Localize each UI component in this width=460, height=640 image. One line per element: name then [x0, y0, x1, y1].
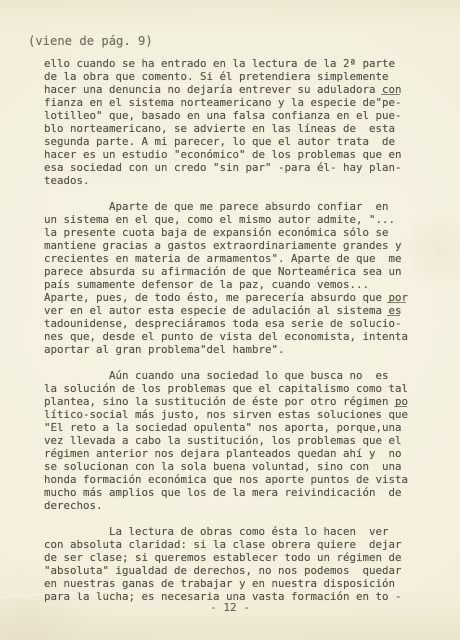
- text-line: ver en el autor esta especie de adulació…: [44, 304, 424, 317]
- continuation-note: (viene de pág. 9): [28, 34, 153, 48]
- text-line: ello cuando se ha entrado en la lectura …: [44, 57, 424, 70]
- text-line: Aparte de que me parece absurdo confiar …: [44, 200, 424, 213]
- scanned-typewritten-page: (viene de pág. 9) ello cuando se ha entr…: [0, 0, 460, 640]
- text-line: "El reto a la sociedad opulenta" nos apo…: [44, 421, 424, 434]
- text-line: hacer una denuncia no dejaría entrever s…: [44, 83, 424, 96]
- text-line: Aparte, pues, de todo ésto, me parecería…: [44, 291, 424, 304]
- text-line: plantea, sino la sustitución de éste por…: [44, 395, 424, 408]
- text-line: en nuestras ganas de trabajar y en nuest…: [44, 577, 424, 590]
- text-line: La lectura de obras como ésta lo hacen v…: [44, 525, 424, 538]
- text-line: segunda parte. A mi parecer, lo que el a…: [44, 135, 424, 148]
- paragraph: Aún cuando una sociedad lo que busca no …: [44, 369, 424, 512]
- document-body: ello cuando se ha entrado en la lectura …: [44, 57, 424, 603]
- text-line: nes que, desde el punto de vista del eco…: [44, 330, 424, 343]
- hyphenation-underline-con: [381, 94, 400, 95]
- text-line: Aún cuando una sociedad lo que busca no …: [44, 369, 424, 382]
- text-line: país sumamente defensor de la paz, cuand…: [44, 278, 424, 291]
- text-line: de ser clase; si queremos establecer tod…: [44, 551, 424, 564]
- text-line: honda formación económica que nos aporte…: [44, 473, 424, 486]
- text-line: hacer es un estudio "económico" de los p…: [44, 148, 424, 161]
- page-number: - 12 -: [0, 601, 460, 614]
- text-line: crecientes en materia de armamentos". Ap…: [44, 252, 424, 265]
- hyphenation-underline-por: [387, 302, 406, 303]
- hyphenation-underline-es: [387, 315, 400, 316]
- text-line: tadounidense, despreciáramos toda esa se…: [44, 317, 424, 330]
- text-line: se solucionan con la sola buena voluntad…: [44, 460, 424, 473]
- text-line: vez llevada a cabo la sustitución, los p…: [44, 434, 424, 447]
- text-line: parece absurda su afirmación de que Nort…: [44, 265, 424, 278]
- text-line: con absoluta claridad: si la clase obrer…: [44, 538, 424, 551]
- paragraph: Aparte de que me parece absurdo confiar …: [44, 200, 424, 356]
- hyphenation-underline-po: [394, 406, 407, 407]
- paragraph: ello cuando se ha entrado en la lectura …: [44, 57, 424, 187]
- text-line: un sistema en el que, como el mismo auto…: [44, 213, 424, 226]
- text-line: "absoluta" igualdad de derechos, no nos …: [44, 564, 424, 577]
- text-line: fianza en el sistema norteamericano y la…: [44, 96, 424, 109]
- text-line: la solución de los problemas que el capi…: [44, 382, 424, 395]
- text-line: régimen anterior nos dejara planteados q…: [44, 447, 424, 460]
- text-line: lotilleo" que, basado en una falsa confi…: [44, 109, 424, 122]
- text-line: aportar al gran problema"del hambre".: [44, 343, 424, 356]
- text-line: de la obra que comento. Si él pretendier…: [44, 70, 424, 83]
- paragraph: La lectura de obras como ésta lo hacen v…: [44, 525, 424, 603]
- text-line: mucho más amplios que los de la mera rei…: [44, 486, 424, 499]
- text-line: la presente cuota baja de expansión econ…: [44, 226, 424, 239]
- text-line: mantiene gracias a gastos extraordinaria…: [44, 239, 424, 252]
- text-line: lítico-social más justo, nos sirven esta…: [44, 408, 424, 421]
- text-line: blo norteamericano, se advierte en las l…: [44, 122, 424, 135]
- text-line: teados.: [44, 174, 424, 187]
- text-line: derechos.: [44, 499, 424, 512]
- text-line: esa sociedad con un credo "sin par" -par…: [44, 161, 424, 174]
